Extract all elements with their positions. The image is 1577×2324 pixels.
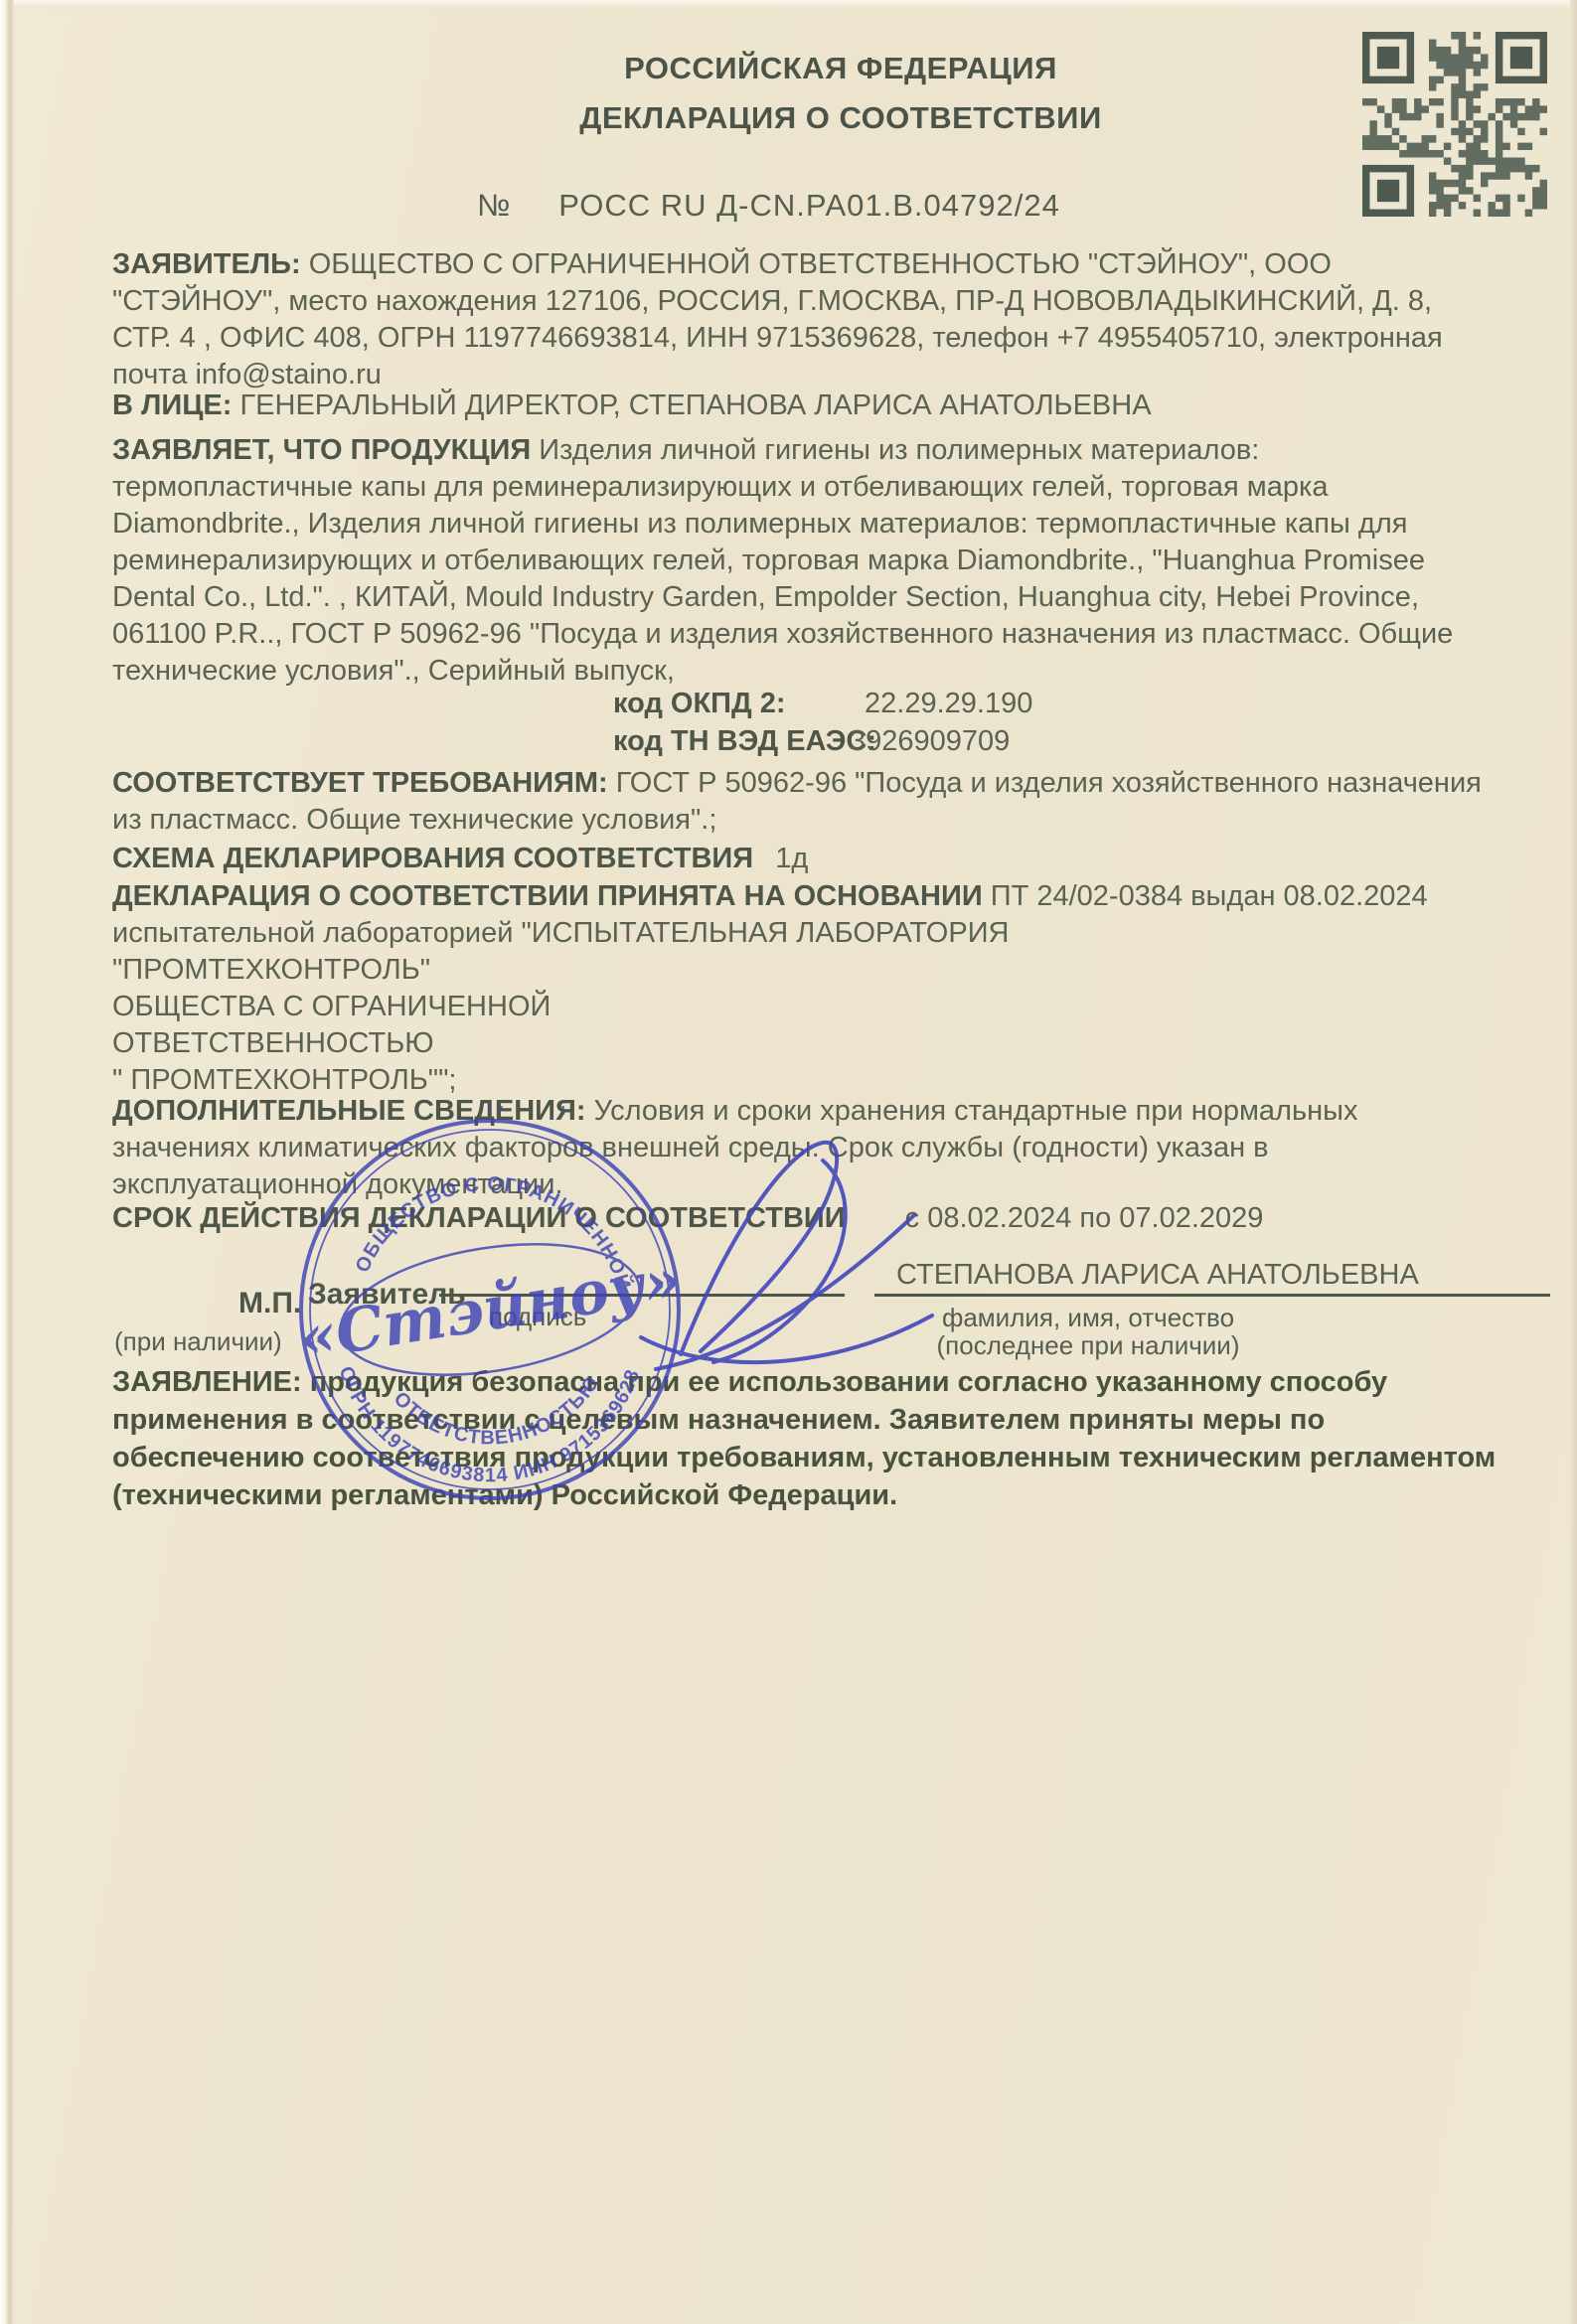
declares-label: ЗАЯВЛЯЕТ, ЧТО ПРОДУКЦИЯ [112, 434, 531, 466]
declaration-number: РОСС RU Д-CN.РА01.В.04792/24 [558, 188, 1060, 223]
scheme-value: 1д [775, 843, 808, 874]
tnved-value: 3926909709 [850, 723, 1010, 760]
basis-label: ДЕКЛАРАЦИЯ О СООТВЕТСТВИИ ПРИНЯТА НА ОСН… [112, 880, 983, 912]
complies-label: СООТВЕТСТВУЕТ ТРЕБОВАНИЯМ: [112, 767, 608, 799]
scan-edge-top [0, 0, 1577, 9]
mp-note: (при наличии) [114, 1326, 282, 1356]
in-person-label: В ЛИЦЕ: [112, 389, 232, 421]
basis-laboratory-lines: испытательной лабораторией "ИСПЫТАТЕЛЬНА… [112, 915, 1494, 1099]
tnved-label: код ТН ВЭД ЕАЭС: [613, 723, 876, 760]
applicant-text: ОБЩЕСТВО С ОГРАНИЧЕННОЙ ОТВЕТСТВЕННОСТЬЮ… [112, 248, 1443, 390]
scheme-label: СХЕМА ДЕКЛАРИРОВАНИЯ СООТВЕТСТВИЯ [112, 843, 753, 874]
name-line [874, 1294, 1550, 1297]
country-header: РОССИЙСКАЯ ФЕДЕРАЦИЯ [105, 50, 1576, 86]
scan-edge-right [1570, 0, 1577, 2324]
page-title: ДЕКЛАРАЦИЯ О СООТВЕТСТВИИ [105, 99, 1576, 136]
scheme-line: СХЕМА ДЕКЛАРИРОВАНИЯ СООТВЕТСТВИЯ 1д [112, 841, 808, 877]
applicant-label: ЗАЯВИТЕЛЬ: [112, 248, 301, 280]
scan-edge-left [0, 0, 14, 2324]
basis-text: ПТ 24/02-0384 выдан 08.02.2024 [991, 880, 1428, 912]
in-person-text: ГЕНЕРАЛЬНЫЙ ДИРЕКТОР, СТЕПАНОВА ЛАРИСА А… [239, 389, 1151, 421]
okpd-value: 22.29.29.190 [865, 686, 1032, 722]
stamp-ring-top-text: РОССИЙСКАЯ ФЕДЕРАЦИЯ Г.МОСКВА [286, 1106, 694, 1111]
signer-name: СТЕПАНОВА ЛАРИСА АНАТОЛЬЕВНА [896, 1257, 1419, 1294]
okpd-label: код ОКПД 2: [613, 686, 786, 722]
validity-value: с 08.02.2024 по 07.02.2029 [905, 1202, 1264, 1234]
declares-paragraph: ЗАЯВЛЯЕТ, ЧТО ПРОДУКЦИЯ Изделия личной г… [112, 432, 1494, 690]
in-person-line: В ЛИЦЕ: ГЕНЕРАЛЬНЫЙ ДИРЕКТОР, СТЕПАНОВА … [112, 387, 1494, 424]
declaration-number-line: №РОСС RU Д-CN.РА01.В.04792/24 [477, 187, 1060, 224]
handwritten-signature [596, 1121, 944, 1379]
basis-line: ДЕКЛАРАЦИЯ О СООТВЕТСТВИИ ПРИНЯТА НА ОСН… [112, 878, 1428, 915]
stamp-ring-inner-bottom-text: ОТВЕТСТВЕННОСТЬЮ [390, 1372, 604, 1450]
scanned-declaration-page: РОССИЙСКАЯ ФЕДЕРАЦИЯ ДЕКЛАРАЦИЯ О СООТВЕ… [0, 0, 1577, 2324]
complies-paragraph: СООТВЕТСТВУЕТ ТРЕБОВАНИЯМ: ГОСТ Р 50962-… [112, 765, 1494, 839]
number-label: № [477, 188, 511, 223]
statement-label: ЗАЯВЛЕНИЕ: [112, 1366, 302, 1398]
applicant-paragraph: ЗАЯВИТЕЛЬ: ОБЩЕСТВО С ОГРАНИЧЕННОЙ ОТВЕТ… [112, 246, 1494, 393]
declares-text: Изделия личной гигиены из полимерных мат… [112, 434, 1453, 687]
